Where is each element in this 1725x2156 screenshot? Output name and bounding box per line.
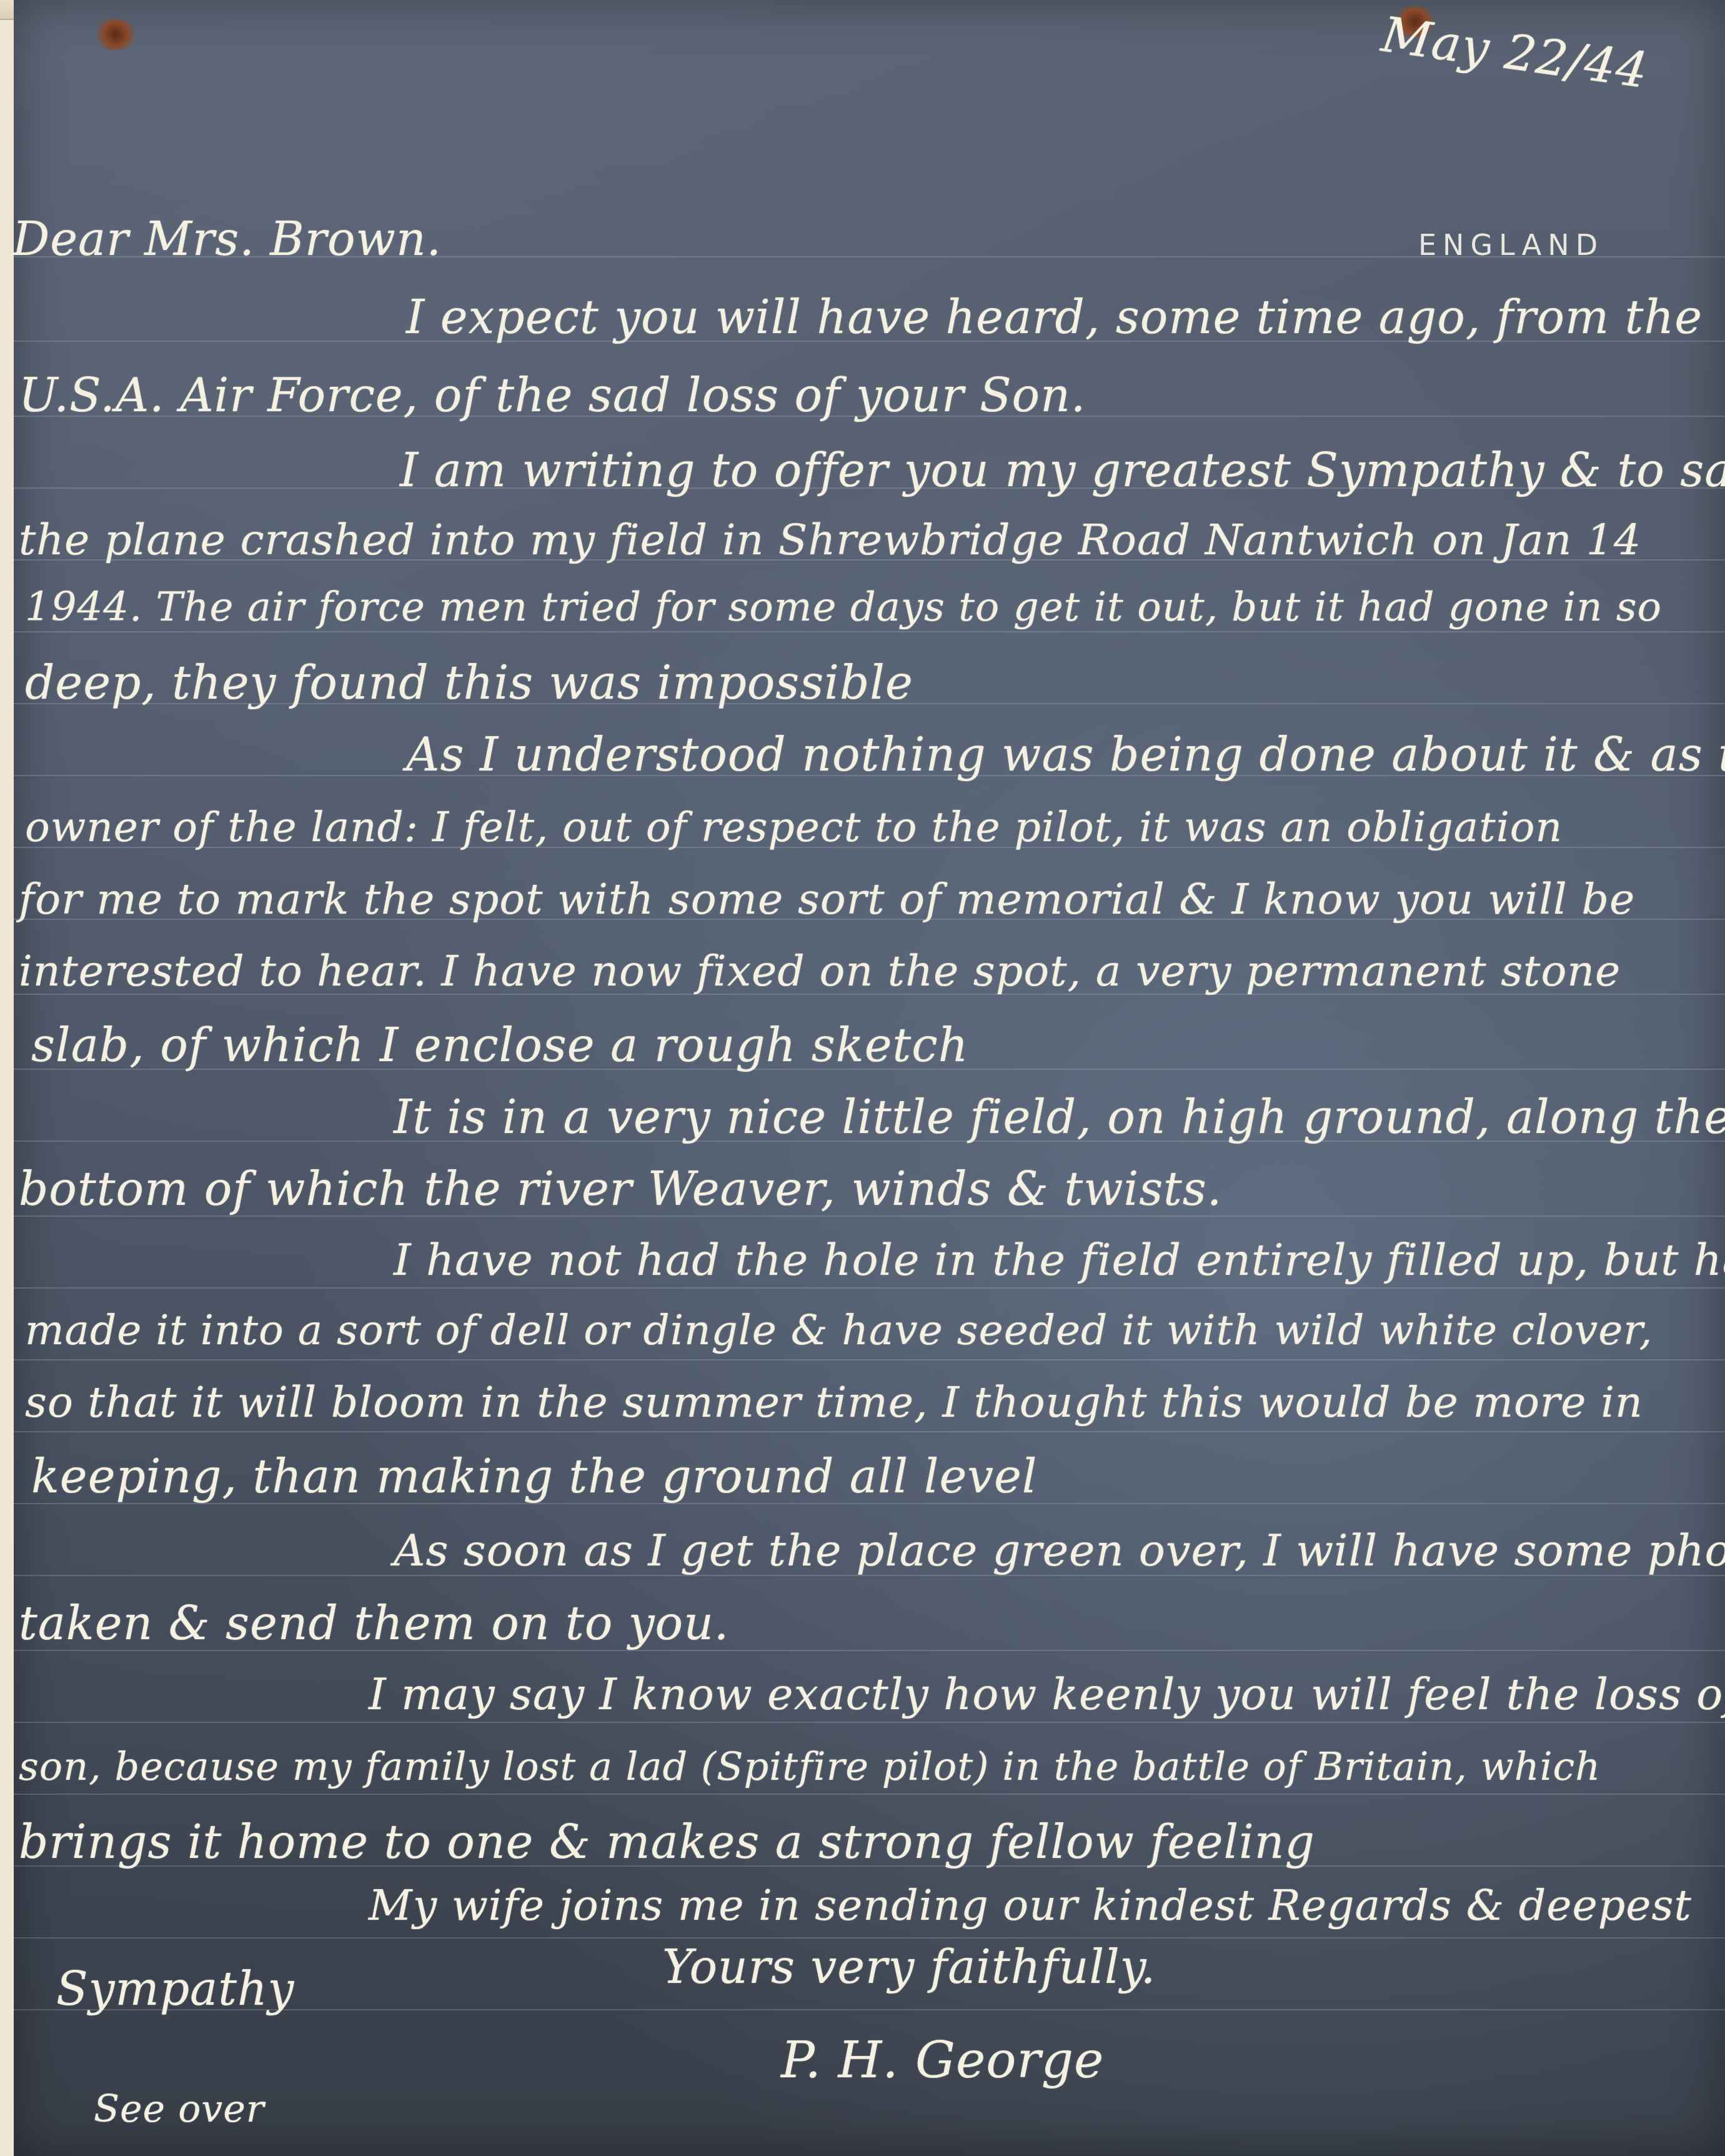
body-line: I have not had the hole in the field ent… — [394, 1234, 1725, 1285]
body-line: slab, of which I enclose a rough sketch — [31, 1019, 968, 1072]
body-line: As soon as I get the place green over, I… — [394, 1525, 1725, 1576]
body-line: I may say I know exactly how keenly you … — [369, 1669, 1725, 1720]
ruled-line — [14, 631, 1725, 632]
closing-phrase: Yours very faithfully. — [662, 1940, 1156, 1994]
body-line: brings it home to one & makes a strong f… — [19, 1815, 1315, 1869]
signature: P. H. George — [781, 2031, 1104, 2089]
body-line: so that it will bloom in the summer time… — [25, 1378, 1643, 1427]
ruled-line — [14, 1722, 1725, 1723]
salutation: Dear Mrs. Brown. — [12, 212, 442, 266]
ruled-line — [14, 1359, 1725, 1360]
body-line: owner of the land: I felt, out of respec… — [25, 803, 1563, 851]
body-line: made it into a sort of dell or dingle & … — [25, 1306, 1653, 1354]
postscript-see-over: See over — [94, 2087, 264, 2131]
body-line: son, because my family lost a lad (Spitf… — [19, 1744, 1601, 1789]
body-line: interested to hear. I have now fixed on … — [19, 947, 1621, 996]
body-line: U.S.A. Air Force, of the sad loss of you… — [19, 369, 1086, 422]
ruled-line — [14, 1937, 1725, 1939]
body-line: As I understood nothing was being done a… — [406, 728, 1725, 782]
body-line: bottom of which the river Weaver, winds … — [19, 1162, 1222, 1216]
body-line: for me to mark the spot with some sort o… — [19, 875, 1635, 924]
body-line: I am writing to offer you my greatest Sy… — [400, 444, 1725, 497]
body-line: 1944. The air force men tried for some d… — [25, 584, 1662, 631]
margin-word-sympathy: Sympathy — [56, 1962, 294, 2016]
body-line: My wife joins me in sending our kindest … — [369, 1881, 1692, 1930]
body-line: It is in a very nice little field, on hi… — [394, 1090, 1725, 1144]
body-line: keeping, than making the ground all leve… — [31, 1450, 1038, 1504]
body-line: the plane crashed into my field in Shrew… — [19, 516, 1641, 565]
body-line: taken & send them on to you. — [19, 1597, 729, 1650]
ruled-line — [14, 1794, 1725, 1795]
ruled-line — [14, 1287, 1725, 1289]
body-line: I expect you will have heard, some time … — [406, 291, 1703, 344]
rust-staple-mark-left — [94, 19, 137, 50]
body-line: deep, they found this was impossible — [25, 656, 913, 710]
ruled-line — [14, 1431, 1725, 1432]
country-stamp: ENGLAND — [1418, 228, 1604, 262]
